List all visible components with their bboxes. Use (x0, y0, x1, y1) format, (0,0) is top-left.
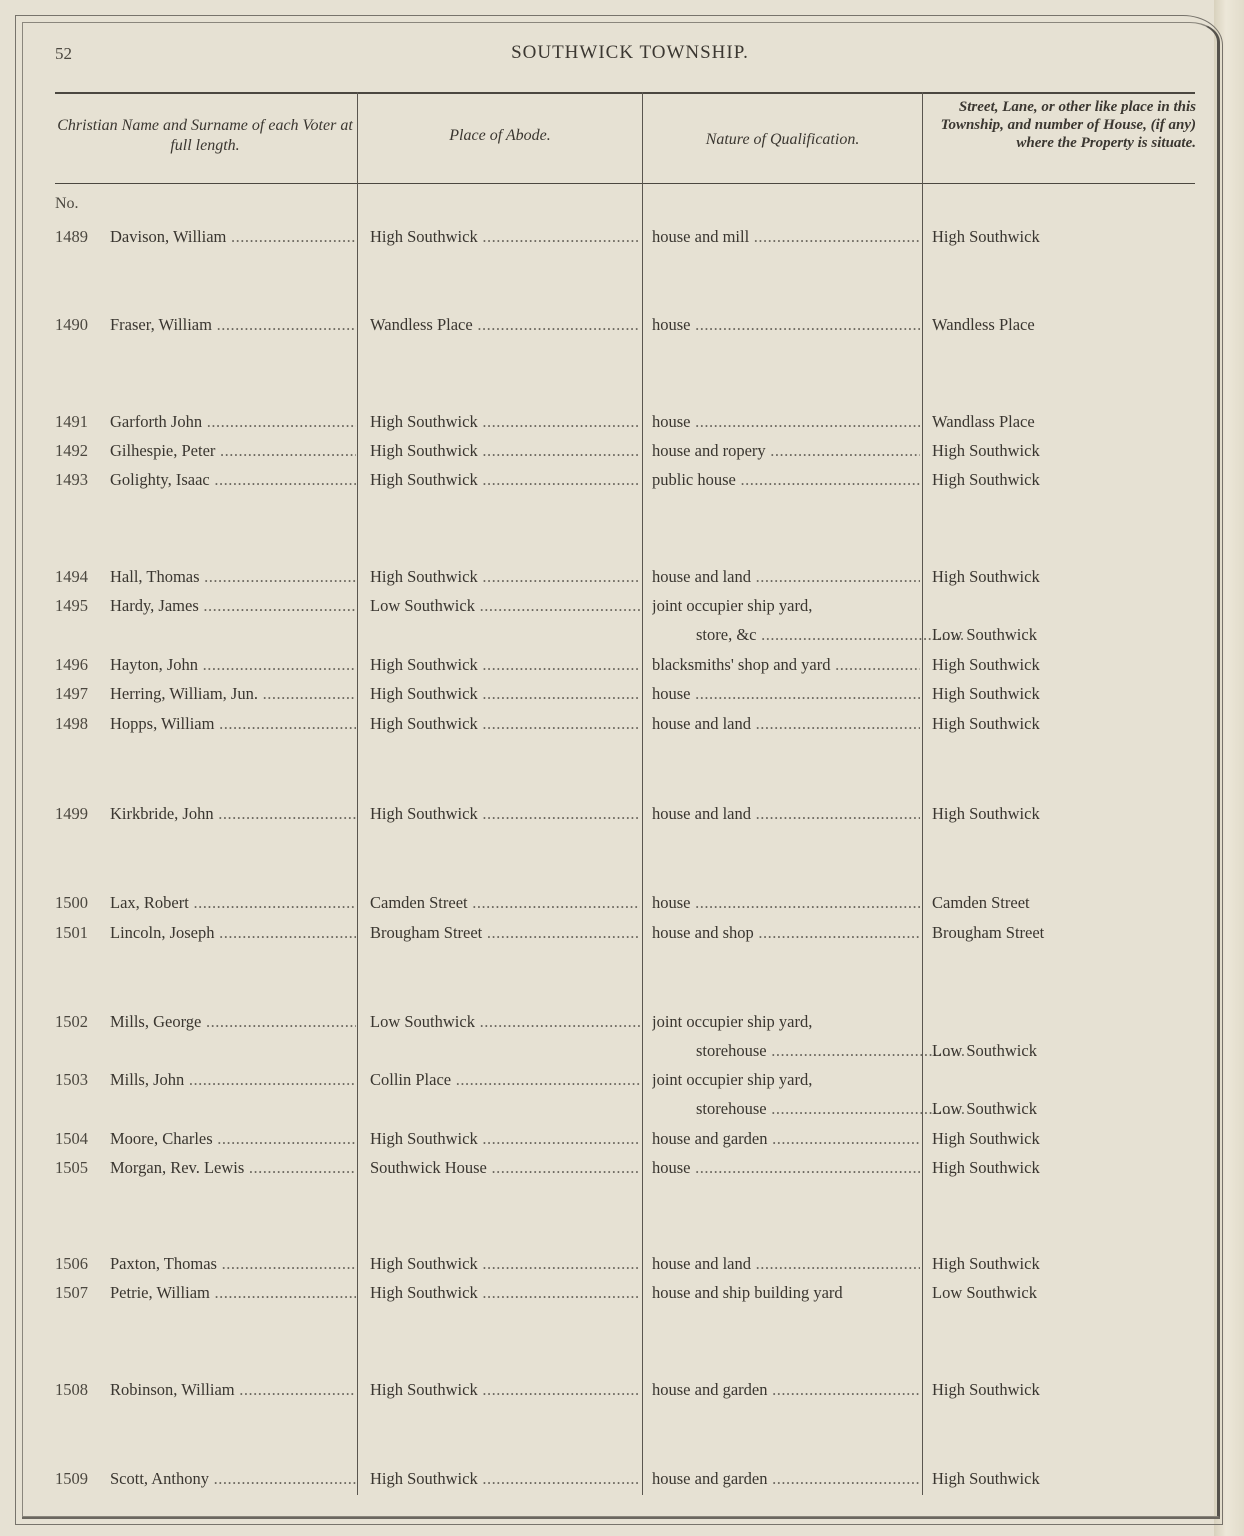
voter-name: Robinson, William (110, 1378, 356, 1402)
voter-name: Morgan, Rev. Lewis (110, 1156, 356, 1180)
property-street: Wandless Place (932, 313, 1182, 337)
place-of-abode: High Southwick (370, 682, 640, 706)
property-street: High Southwick (932, 802, 1182, 826)
voter-number: 1496 (55, 653, 105, 677)
voter-row: 1496Hayton, JohnHigh Southwickblacksmith… (0, 653, 1244, 679)
property-street: High Southwick (932, 439, 1182, 463)
voter-name: Herring, William, Jun. (110, 682, 356, 706)
voter-row: 1500Lax, RobertCamden StreethouseCamden … (0, 891, 1244, 917)
voter-row: 1499Kirkbride, JohnHigh Southwickhouse a… (0, 802, 1244, 828)
place-of-abode: High Southwick (370, 225, 640, 249)
place-of-abode: Wandless Place (370, 313, 640, 337)
property-street: Low Southwick (932, 1097, 1182, 1121)
voter-row-continuation: store, &cLow Southwick (0, 623, 1244, 649)
voter-name: Moore, Charles (110, 1127, 356, 1151)
voter-name: Mills, John (110, 1068, 356, 1092)
property-street: High Southwick (932, 1252, 1182, 1276)
property-street: High Southwick (932, 682, 1182, 706)
property-street: High Southwick (932, 225, 1182, 249)
voter-name: Gilhespie, Peter (110, 439, 356, 463)
voter-number: 1492 (55, 439, 105, 463)
voter-number: 1501 (55, 921, 105, 945)
voter-name: Hardy, James (110, 594, 356, 618)
voter-number: 1505 (55, 1156, 105, 1180)
property-street: Low Southwick (932, 1039, 1182, 1063)
place-of-abode: High Southwick (370, 1467, 640, 1491)
qualification: blacksmiths' shop and yard (652, 653, 920, 677)
place-of-abode: Camden Street (370, 891, 640, 915)
voter-number: 1497 (55, 682, 105, 706)
voter-row: 1508Robinson, WilliamHigh Southwickhouse… (0, 1378, 1244, 1404)
voter-number: 1491 (55, 410, 105, 434)
qualification: house (652, 410, 920, 434)
qualification: house and land (652, 1252, 920, 1276)
property-street: High Southwick (932, 653, 1182, 677)
voter-number: 1493 (55, 468, 105, 492)
qualification: joint occupier ship yard, (652, 594, 920, 618)
header-nature-of-qualification: Nature of Qualification. (645, 130, 920, 150)
qualification: house (652, 891, 920, 915)
voter-name: Davison, William (110, 225, 356, 249)
voter-name: Lax, Robert (110, 891, 356, 915)
place-of-abode: High Southwick (370, 802, 640, 826)
place-of-abode: High Southwick (370, 410, 640, 434)
place-of-abode: Brougham Street (370, 921, 640, 945)
voter-name: Hayton, John (110, 653, 356, 677)
qualification: public house (652, 468, 920, 492)
place-of-abode: High Southwick (370, 1127, 640, 1151)
qualification: house and land (652, 712, 920, 736)
voter-number: 1494 (55, 565, 105, 589)
qualification: house and ship building yard (652, 1281, 920, 1305)
property-street: High Southwick (932, 468, 1182, 492)
property-street: High Southwick (932, 712, 1182, 736)
property-street: Brougham Street (932, 921, 1182, 945)
voter-number: 1506 (55, 1252, 105, 1276)
voter-row: 1503Mills, JohnCollin Placejoint occupie… (0, 1068, 1244, 1094)
voter-name: Golighty, Isaac (110, 468, 356, 492)
voter-name: Kirkbride, John (110, 802, 356, 826)
voter-row: 1501Lincoln, JosephBrougham Streethouse … (0, 921, 1244, 947)
voter-row: 1489Davison, WilliamHigh Southwickhouse … (0, 225, 1244, 251)
place-of-abode: High Southwick (370, 565, 640, 589)
place-of-abode: High Southwick (370, 439, 640, 463)
property-street: Low Southwick (932, 623, 1182, 647)
voter-number: 1503 (55, 1068, 105, 1092)
property-street: High Southwick (932, 1467, 1182, 1491)
voter-number: 1498 (55, 712, 105, 736)
voter-number: 1495 (55, 594, 105, 618)
qualification: house and garden (652, 1467, 920, 1491)
place-of-abode: High Southwick (370, 468, 640, 492)
property-street: Wandlass Place (932, 410, 1182, 434)
place-of-abode: Southwick House (370, 1156, 640, 1180)
voter-number: 1499 (55, 802, 105, 826)
voter-name: Mills, George (110, 1010, 356, 1034)
voter-row: 1490Fraser, WilliamWandless PlacehouseWa… (0, 313, 1244, 339)
voter-name: Hall, Thomas (110, 565, 356, 589)
voter-number: 1500 (55, 891, 105, 915)
qualification: joint occupier ship yard, (652, 1010, 920, 1034)
voter-row: 1494Hall, ThomasHigh Southwickhouse and … (0, 565, 1244, 591)
property-street: High Southwick (932, 1378, 1182, 1402)
voter-row: 1509Scott, AnthonyHigh Southwickhouse an… (0, 1467, 1244, 1493)
number-column-label: No. (55, 195, 79, 213)
voter-row-continuation: storehouseLow Southwick (0, 1097, 1244, 1123)
voter-number: 1490 (55, 313, 105, 337)
qualification-continued: store, &c (652, 623, 964, 647)
qualification-continued: storehouse (652, 1039, 964, 1063)
property-street: High Southwick (932, 565, 1182, 589)
qualification: house (652, 313, 920, 337)
page-bottom-rule (22, 1517, 1220, 1519)
qualification: house and garden (652, 1378, 920, 1402)
qualification: house (652, 1156, 920, 1180)
qualification: house and garden (652, 1127, 920, 1151)
voter-row: 1491Garforth JohnHigh SouthwickhouseWand… (0, 410, 1244, 436)
voter-name: Hopps, William (110, 712, 356, 736)
qualification: house (652, 682, 920, 706)
property-street: Camden Street (932, 891, 1182, 915)
voter-row: 1495Hardy, JamesLow Southwickjoint occup… (0, 594, 1244, 620)
qualification: house and land (652, 802, 920, 826)
place-of-abode: High Southwick (370, 1252, 640, 1276)
voter-number: 1509 (55, 1467, 105, 1491)
voter-row: 1504Moore, CharlesHigh Southwickhouse an… (0, 1127, 1244, 1153)
voter-row: 1493Golighty, IsaacHigh Southwickpublic … (0, 468, 1244, 494)
property-street: High Southwick (932, 1156, 1182, 1180)
voter-row: 1502Mills, GeorgeLow Southwickjoint occu… (0, 1010, 1244, 1036)
header-top-rule (55, 92, 1195, 94)
voter-number: 1489 (55, 225, 105, 249)
place-of-abode: Low Southwick (370, 1010, 640, 1034)
voter-row-continuation: storehouseLow Southwick (0, 1039, 1244, 1065)
voter-name: Garforth John (110, 410, 356, 434)
place-of-abode: High Southwick (370, 653, 640, 677)
voter-name: Petrie, William (110, 1281, 356, 1305)
voter-name: Paxton, Thomas (110, 1252, 356, 1276)
voter-row: 1492Gilhespie, PeterHigh Southwickhouse … (0, 439, 1244, 465)
place-of-abode: High Southwick (370, 1378, 640, 1402)
qualification: joint occupier ship yard, (652, 1068, 920, 1092)
qualification: house and land (652, 565, 920, 589)
place-of-abode: High Southwick (370, 712, 640, 736)
header-voter-name: Christian Name and Surname of each Voter… (55, 116, 355, 156)
qualification: house and shop (652, 921, 920, 945)
voter-number: 1502 (55, 1010, 105, 1034)
voter-name: Fraser, William (110, 313, 356, 337)
property-street: Low Southwick (932, 1281, 1182, 1305)
header-street-location: Street, Lane, or other like place in thi… (928, 98, 1196, 152)
qualification: house and mill (652, 225, 920, 249)
page-title: SOUTHWICK TOWNSHIP. (0, 42, 1244, 64)
voter-row: 1505Morgan, Rev. LewisSouthwick Househou… (0, 1156, 1244, 1182)
place-of-abode: Low Southwick (370, 594, 640, 618)
voter-number: 1507 (55, 1281, 105, 1305)
place-of-abode: Collin Place (370, 1068, 640, 1092)
qualification: house and ropery (652, 439, 920, 463)
property-street: High Southwick (932, 1127, 1182, 1151)
header-place-of-abode: Place of Abode. (360, 126, 640, 146)
voter-row: 1498Hopps, WilliamHigh Southwickhouse an… (0, 712, 1244, 738)
voter-name: Lincoln, Joseph (110, 921, 356, 945)
voter-number: 1504 (55, 1127, 105, 1151)
voter-number: 1508 (55, 1378, 105, 1402)
voter-row: 1506Paxton, ThomasHigh Southwickhouse an… (0, 1252, 1244, 1278)
qualification-continued: storehouse (652, 1097, 964, 1121)
place-of-abode: High Southwick (370, 1281, 640, 1305)
header-bottom-rule (55, 183, 1195, 184)
voter-row: 1507Petrie, WilliamHigh Southwickhouse a… (0, 1281, 1244, 1307)
voter-name: Scott, Anthony (110, 1467, 356, 1491)
voter-row: 1497Herring, William, Jun.High Southwick… (0, 682, 1244, 708)
